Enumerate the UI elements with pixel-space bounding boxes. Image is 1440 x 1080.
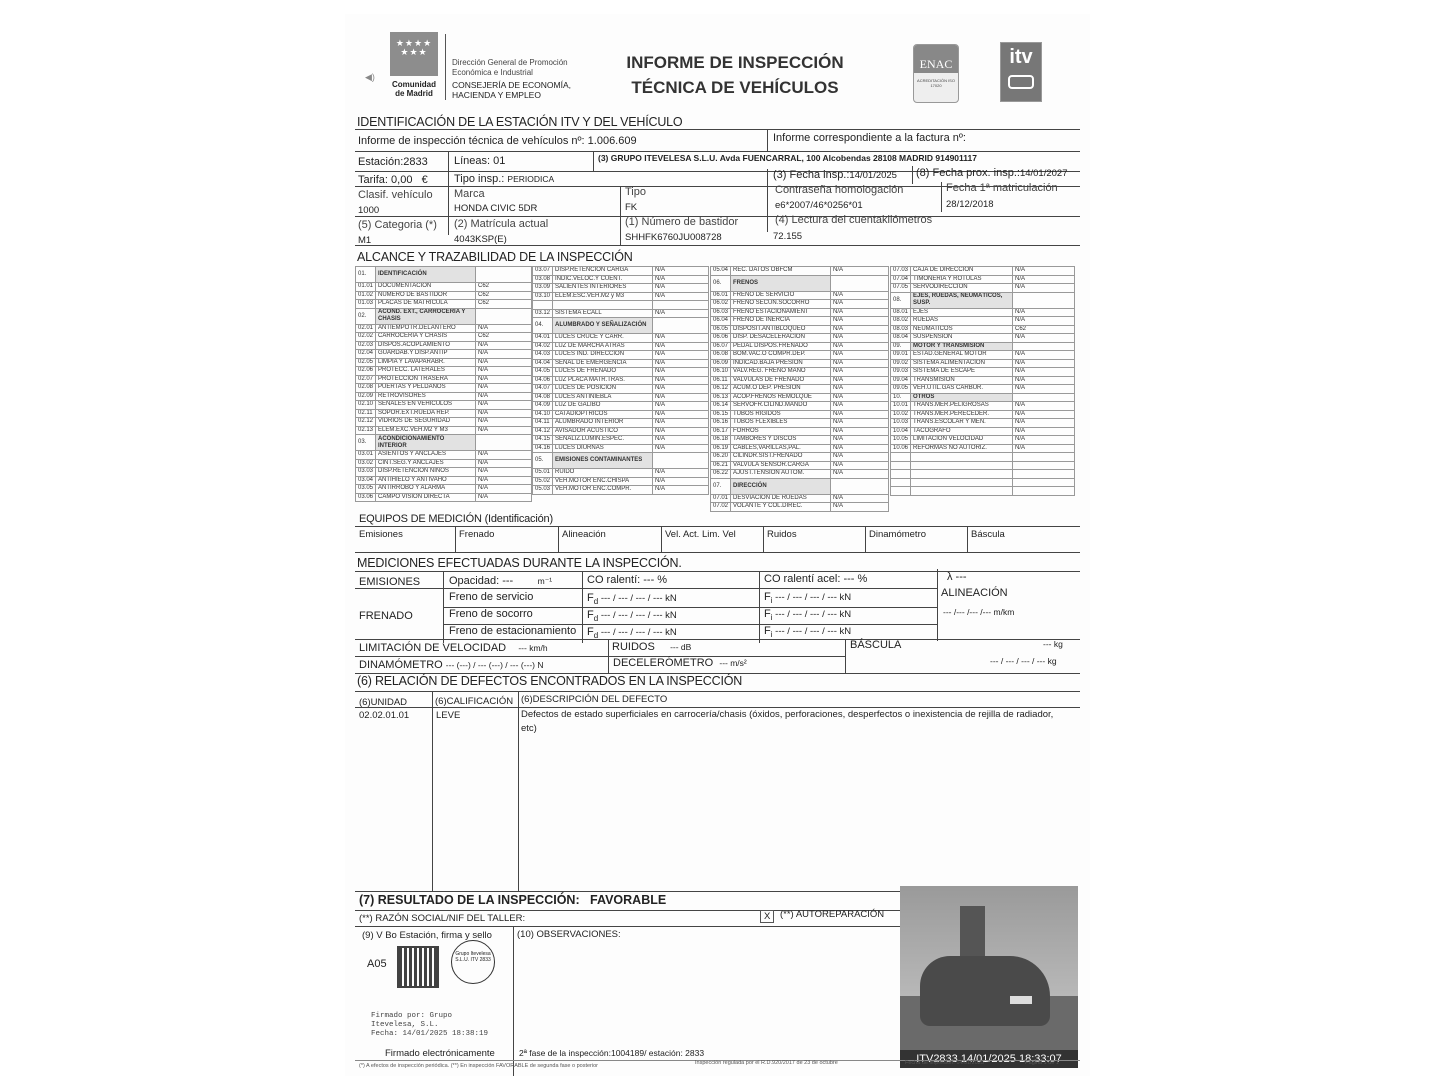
scope-row: 06.16TUBOS FLEXIBLESN/A [711, 419, 889, 428]
inspection-result: (7) RESULTADO DE LA INSPECCIÓN: FAVORABL… [359, 893, 666, 907]
equipment-column: Alineación [562, 529, 606, 540]
scope-row: 09.04TRANSMISIONN/A [891, 376, 1075, 385]
scope-group-row: 07.DIRECCIÓN [711, 478, 889, 494]
equipment-column: Ruidos [767, 529, 797, 540]
scope-row: 06.14SERVOFR.CILIND.MANDON/A [711, 402, 889, 411]
scope-row: 03.09SALIENTES INTERIORESN/A [533, 284, 709, 293]
brake-name: Freno de estacionamiento [449, 625, 576, 637]
station-seal: Grupo Itevelesa S.L.U. ITV 2833 [451, 940, 495, 984]
scope-row: 10.02TRANS.MER.PERECEDER.N/A [891, 410, 1075, 419]
equipment-column: Dinamómetro [869, 529, 926, 540]
itv-logo: itv [1000, 42, 1042, 102]
scope-row: 07.02VOLANTE Y COL.DIREC.N/A [711, 503, 889, 512]
scope-row: 09.03SISTEMA DE ESCAPEN/A [891, 368, 1075, 377]
co-idle-field: CO ralentí: --- % [587, 574, 667, 586]
scope-row: 02.10SEÑALES EN VEHICULOSN/A [356, 401, 532, 410]
scope-row: 02.08PUERTAS Y PELDAÑOSN/A [356, 384, 532, 393]
inspection-date: (3) Fecha insp.:14/01/2025 [773, 169, 897, 181]
lambda-field: λ --- [947, 571, 967, 583]
scope-title: ALCANCE Y TRAZABILIDAD DE LA INSPECCIÓN [357, 250, 633, 264]
braking-label: FRENADO [359, 610, 413, 622]
brake-fi-value: Fi --- / --- / --- / --- kN [764, 608, 851, 622]
brake-fi-value: Fi --- / --- / --- / --- kN [764, 591, 851, 605]
scope-row: 06.08BOM.VAC.O COMPR.DEP.N/A [711, 351, 889, 360]
scope-row: 02.03DISPOS.ACOPLAMIENTON/A [356, 341, 532, 350]
scope-row: 02.07PROTECCION TRASERAN/A [356, 375, 532, 384]
result-value: FAVORABLE [590, 893, 666, 907]
scope-row: 04.16LUCES DIURNASN/A [533, 444, 709, 453]
scope-row: 06.04FRENO DE INERCIAN/A [711, 317, 889, 326]
scope-row: 02.05LIMPIA Y LAVAPARABR.N/A [356, 358, 532, 367]
department-name: Dirección General de Promoción Económica… [452, 58, 568, 78]
scope-row: 01.03PLACAS DE MATRICULAC62 [356, 300, 532, 309]
scope-group-row: 03.ACONDICIONAMIENTO INTERIOR [356, 435, 532, 451]
scope-row: 06.09INDICAD.BAJA PRESIONN/A [711, 359, 889, 368]
measurements-title: MEDICIONES EFECTUADAS DURANTE LA INSPECC… [357, 556, 682, 570]
scope-row: 02.13ELEM.EXC.VEH.M2 Y M3N/A [356, 426, 532, 435]
scope-row: 09.01ESTAD.GENERAL MOTORN/A [891, 351, 1075, 360]
scope-group-row: 06.FRENOS [711, 275, 889, 291]
scope-row: 04.10CATADIOPTRICOSN/A [533, 410, 709, 419]
scope-row: 06.10VALV.REG. FRENO MANON/A [711, 368, 889, 377]
vehicle-brand: HONDA CIVIC 5DR [454, 203, 537, 214]
scope-row: 02.11SOPOR.EXT.RUEDA REP.N/A [356, 409, 532, 418]
scope-row: 05.02VEH.MOTOR ENC.CHISPAN/A [533, 477, 709, 486]
scale-label: BÁSCULA [850, 639, 901, 651]
self-repair-checkbox[interactable]: X [760, 910, 774, 923]
scope-row: 06.03FRENO ESTACIONAMIENTN/A [711, 308, 889, 317]
car-icon [1008, 75, 1034, 89]
equipment-title: EQUIPOS DE MEDICIÓN (Identificación) [359, 513, 553, 525]
scope-row: 06.12ACUM.O DEP. PRESIONN/A [711, 385, 889, 394]
scope-row: 06.22AJUST.TENSION AUTOM.N/A [711, 470, 889, 479]
alignment-label: ALINEACIÓN [941, 587, 1008, 599]
scope-row: 06.15TUBOS RIGIDOSN/A [711, 410, 889, 419]
odometer-reading: 72.155 [773, 231, 802, 242]
scope-row: 03.03DISP.RETENCION NIÑOSN/A [356, 468, 532, 477]
homologation: e6*2007/46*0256*01 [775, 200, 863, 211]
scope-row: 04.03LUCES IND. DIRECCIONN/A [533, 351, 709, 360]
equipment-column: Báscula [971, 529, 1005, 540]
scope-row: 04.02LUZ DE MARCHA ATRASN/A [533, 342, 709, 351]
footer-page: Página 1 de 1 [1025, 1060, 1059, 1066]
scope-row: 04.05LUCES DE FRENADON/A [533, 368, 709, 377]
opacity-field: Opacidad: --- m⁻¹ [449, 575, 552, 587]
scope-row: 02.01ANTIEMPOTR.DELANTERON/A [356, 324, 532, 333]
scope-row: 02.04GUARDAB.Y DISP.ANTIPN/A [356, 350, 532, 359]
scope-row: 06.19CABLES,VARILLAS,PAL.N/A [711, 444, 889, 453]
scope-group-row: 05.EMISIONES CONTAMINANTES [533, 453, 709, 469]
scope-row [533, 301, 709, 310]
ministry-name: CONSEJERÍA DE ECONOMÍA, HACIENDA Y EMPLE… [452, 80, 571, 100]
scale-axles-value: --- / --- / --- / --- kg [990, 656, 1057, 666]
brake-name: Freno de servicio [449, 591, 533, 603]
identification-title: IDENTIFICACIÓN DE LA ESTACIÓN ITV Y DEL … [357, 115, 682, 129]
scope-column: 07.03CAJA DE DIRECCIONN/A07.04TIMONERIA … [890, 266, 1075, 496]
scope-row: 08.01EJESN/A [891, 308, 1075, 317]
inspection-type: Tipo insp.: PERIODICA [454, 173, 554, 185]
scope-row: 03.01ASIENTOS Y ANCLAJESN/A [356, 451, 532, 460]
scope-row [891, 478, 1075, 487]
scope-row: 03.02CINT.SEG.Y ANCLAJESN/A [356, 459, 532, 468]
scope-group-row: 10.OTROS [891, 393, 1075, 402]
operator-address: (3) GRUPO ITEVELESA S.L.U. Avda FUENCARR… [598, 153, 977, 163]
defect-unit: 02.02.01.01 [359, 710, 409, 721]
scope-row [891, 453, 1075, 462]
scope-row: 03.08INDIC.VELOC.Y CUENT.N/A [533, 275, 709, 284]
scope-row: 04.07LUCES DE POSICIONN/A [533, 385, 709, 394]
scope-row: 06.20CILINDR.SIST.FRENADON/A [711, 453, 889, 462]
equipment-column: Vel. Act. Lim. Vel [665, 529, 736, 540]
scale-value: --- kg [1043, 639, 1063, 649]
observations-label: (10) OBSERVACIONES: [517, 929, 621, 940]
scope-row: 10.05LIMITACION VELOCIDADN/A [891, 436, 1075, 445]
dynamometer-field: DINAMÓMETRO --- (---) / --- (---) / --- … [359, 659, 544, 671]
vehicle-class: 1000 [358, 205, 379, 216]
scope-row [891, 470, 1075, 479]
signature-info: Firmado por: Grupo Itevelesa, S.L. Fecha… [371, 1012, 488, 1039]
brake-fd-value: Fd --- / --- / --- / --- kN [587, 626, 677, 640]
scope-row: 06.21VALVULA SENSOR.CARGAN/A [711, 461, 889, 470]
scope-row: 03.12SISTEMA ECALLN/A [533, 309, 709, 318]
scope-group-row: 08.EJES, RUEDAS, NEUMÁTICOS, SUSP. [891, 292, 1075, 308]
defect-description: Defectos de estado superficiales en carr… [521, 708, 1061, 736]
second-phase-info: 2ª fase de la inspección:1004189/ estaci… [519, 1048, 704, 1058]
scope-row: 05.01RUIDON/A [533, 469, 709, 478]
equipment-column: Frenado [459, 529, 494, 540]
scope-row [891, 461, 1075, 470]
footer-print-date: Fecha de impresión: 14/01/2025 [905, 1060, 984, 1066]
scope-row: 04.04SEÑAL DE EMERGENCIAN/A [533, 359, 709, 368]
next-inspection-date: (8) Fecha prox. insp.:14/01/2027 [916, 167, 1067, 179]
vehicle-type: FK [625, 202, 637, 213]
signed-electronically: Firmado electrónicamente [385, 1048, 495, 1059]
scope-row: 08.04SUSPENSIONN/A [891, 334, 1075, 343]
footer-regulation: Inspección regulada por el R.D.920/2017 … [695, 1060, 838, 1066]
scope-row: 02.12VIDRIOS DE SEGURIDADN/A [356, 418, 532, 427]
inspection-report-page: ◀) ★★★★★★★ Comunidad de Madrid Dirección… [345, 14, 1090, 1076]
scope-column: 03.07DISP.RETENCION CARGAN/A03.08INDIC.V… [532, 266, 709, 495]
enac-logo: ENAC ACREDITACIÓN ISO 17020 [913, 44, 959, 103]
scope-row: 09.05VEH.UTIL.GAS CARBUR.N/A [891, 385, 1075, 394]
photo-plate [1010, 996, 1032, 1004]
brake-fd-value: Fd --- / --- / --- / --- kN [587, 592, 677, 606]
scope-row: 04.08LUCES ANTINIEBLAN/A [533, 393, 709, 402]
lines: Líneas: 01 [454, 155, 505, 167]
scope-row: 07.04TIMONERIA Y ROTULASN/A [891, 275, 1075, 284]
invoice-number: Informe correspondiente a la factura nº: [773, 132, 966, 144]
scope-row: 04.01LUCES CRUCE Y CARR.N/A [533, 334, 709, 343]
scope-row: 06.01FRENO DE SERVICION/A [711, 291, 889, 300]
scope-row: 04.15SEÑALIZ.LUMIN.ESPEC.N/A [533, 436, 709, 445]
scope-row: 06.13ACOP.FRENOS REMOLQUEN/A [711, 393, 889, 402]
scope-row: 04.09LUZ DE GALIBON/A [533, 402, 709, 411]
noise-field: RUIDOS --- dB [612, 641, 691, 653]
scope-row: 07.05SERVODIRECCIONN/A [891, 284, 1075, 293]
qr-code [397, 946, 439, 988]
scope-column: 05.04REC. DATOS OBFCMN/A06.FRENOS06.01FR… [710, 266, 889, 512]
co-idle-accel-field: CO ralentí acel: --- % [764, 573, 867, 585]
speed-limit-field: LIMITACIÓN DE VELOCIDAD --- km/h [359, 642, 548, 654]
scope-row: 06.07PEDAL DISPOS.FRENADON/A [711, 342, 889, 351]
scope-row: 07.01DESVIACION DE RUEDASN/A [711, 494, 889, 503]
scope-row [891, 487, 1075, 496]
scope-row: 03.10ELEM.ESC.VEH.M2 y M3N/A [533, 292, 709, 301]
vehicle-photo: ITV2833 14/01/2025 18:33:07 [900, 886, 1078, 1068]
station: Estación:2833 [358, 156, 428, 168]
tariff: Tarifa: 0,00 € [358, 174, 428, 186]
stamp-code: A05 [367, 958, 387, 970]
self-repair-label: (**) AUTOREPARACIÓN [780, 909, 884, 920]
scope-row: 04.11ALUMBRADO INTERIORN/A [533, 419, 709, 428]
org-name: Comunidad de Madrid [385, 80, 443, 98]
scope-row: 05.04REC. DATOS OBFCMN/A [711, 267, 889, 276]
workshop-label: (**) RAZÓN SOCIAL/NIF DEL TALLER: [359, 913, 525, 924]
scope-row: 10.03TRANS.ESCOLAR Y MEN.N/A [891, 419, 1075, 428]
scope-row: 08.02RUEDASN/A [891, 317, 1075, 326]
report-number: Informe de inspección técnica de vehícul… [358, 135, 637, 147]
scope-row: 03.05ANTIRROBO Y ALARMAN/A [356, 485, 532, 494]
scope-row: 06.18TAMBORES Y DISCOSN/A [711, 436, 889, 445]
scope-row: 02.06PROTECC. LATERALESN/A [356, 367, 532, 376]
scope-row: 03.07DISP.RETENCION CARGAN/A [533, 267, 709, 276]
scope-row: 06.06DISP. DESACELERACIONN/A [711, 334, 889, 343]
defect-rating: LEVE [436, 710, 460, 721]
scope-group-row: 02.ACOND. EXT., CARROCERÍA Y CHASIS [356, 308, 532, 324]
first-registration-date: 28/12/2018 [946, 199, 994, 210]
scope-row: 09.02SISTEMA ALIMENTACIONN/A [891, 359, 1075, 368]
emissions-label: EMISIONES [359, 576, 420, 588]
scope-row: 06.11VALVULAS DE FRENADON/A [711, 376, 889, 385]
scope-row: 10.06REFORMAS NO AUTORIZ.N/A [891, 444, 1075, 453]
scope-row: 01.02NUMERO DE BASTIDORC62 [356, 291, 532, 300]
scope-row: 01.01DOCUMENTACIONC62 [356, 283, 532, 292]
scope-row: 06.05DISPOSIT.ANTIBLOQUEON/A [711, 325, 889, 334]
scope-group-row: 04.ALUMBRADO Y SEÑALIZACIÓN [533, 318, 709, 334]
scope-row: 04.06LUZ PLACA MATR.TRAS.N/A [533, 376, 709, 385]
scope-group-row: 01.IDENTIFICACIÓN [356, 267, 532, 283]
scope-column: 01.IDENTIFICACIÓN01.01DOCUMENTACIONC6201… [355, 266, 532, 502]
scope-group-row: 09.MOTOR Y TRANSMISIÓN [891, 342, 1075, 351]
alignment-value: --- /--- /--- /--- m/km [943, 607, 1014, 617]
comunidad-madrid-logo: ★★★★★★★ [390, 32, 438, 76]
brake-fd-value: Fd --- / --- / --- / --- kN [587, 609, 677, 623]
decelerometer-field: DECELERÓMETRO --- m/s² [613, 657, 747, 669]
scope-row: 06.17FORROSN/A [711, 427, 889, 436]
scope-row: 10.01TRANS.MER.PELIGROSASN/A [891, 402, 1075, 411]
defects-title: (6) RELACIÓN DE DEFECTOS ENCONTRADOS EN … [357, 674, 742, 688]
scope-row: 05.03VEH.MOTOR ENC.COMPR.N/A [533, 486, 709, 495]
document-title: INFORME DE INSPECCIÓN TÉCNICA DE VEHÍCUL… [605, 50, 865, 100]
equipment-column: Emisiones [359, 529, 403, 540]
car-image [920, 956, 1050, 1026]
scope-row: 07.03CAJA DE DIRECCIONN/A [891, 267, 1075, 276]
speaker-icon: ◀) [365, 72, 375, 83]
footer-note: (*) A efectos de inspección periódica. (… [359, 1063, 598, 1069]
scope-row: 02.02CARROCERIA Y CHASISC62 [356, 333, 532, 342]
stars-icon: ★★★★★★★ [390, 39, 438, 57]
brake-name: Freno de socorro [449, 608, 533, 620]
brake-fi-value: Fi --- / --- / --- / --- kN [764, 625, 851, 639]
license-plate: 4043KSP(E) [454, 234, 507, 245]
scope-row: 03.06CAMPO VISION DIRECTAN/A [356, 493, 532, 502]
scope-row: 10.04TACOGRAFON/A [891, 427, 1075, 436]
vin-number: SHHFK6760JU008728 [625, 232, 722, 243]
scope-row: 08.03NEUMATICOSC62 [891, 325, 1075, 334]
scope-row: 04.12AVISADOR ACUSTICON/A [533, 427, 709, 436]
scope-row: 02.09RETROVISORESN/A [356, 392, 532, 401]
scope-row: 03.04ANTIHIELO Y ANTIVAHON/A [356, 476, 532, 485]
scope-row: 06.02FRENO SECUN.SOCORRON/A [711, 300, 889, 309]
